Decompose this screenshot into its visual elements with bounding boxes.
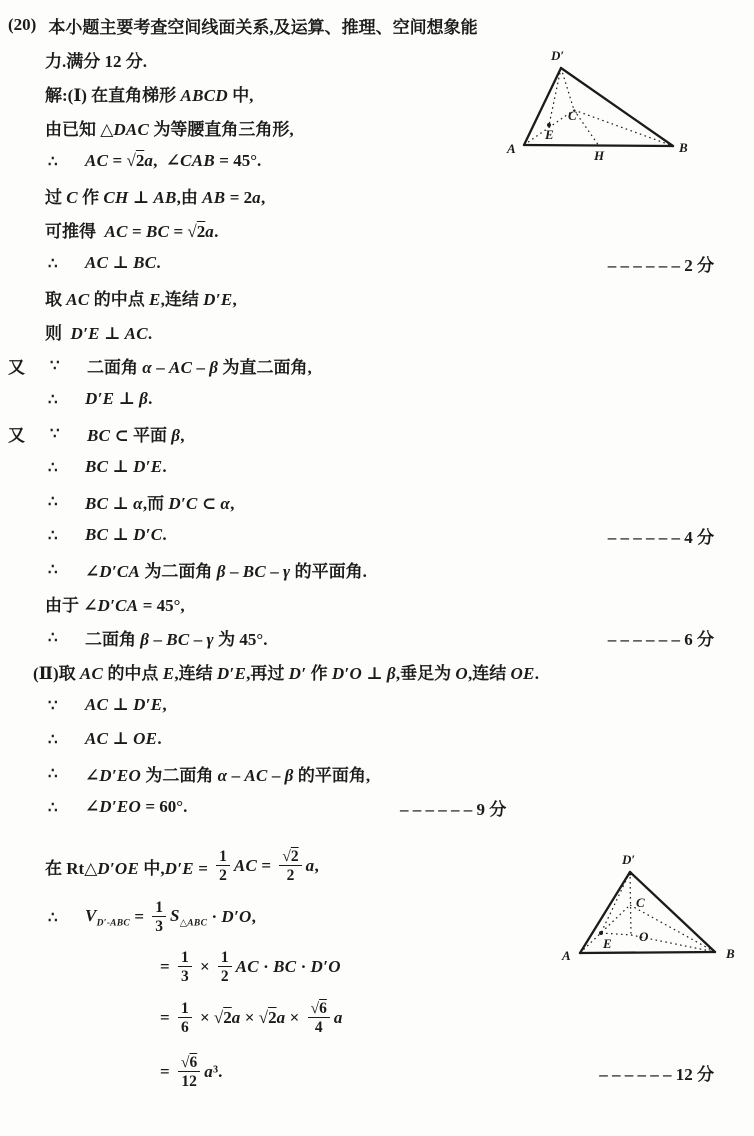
fraction-denominator: 3	[155, 917, 163, 935]
fraction: 13	[152, 899, 166, 935]
formula-text: ×	[196, 957, 214, 977]
solution-line: ∴BC ⊥ D′C.– – – – – – 4 分	[0, 518, 754, 552]
line-text: BC ⊥ D′C.	[85, 525, 167, 545]
vertex-label: D′	[621, 852, 635, 867]
score-marker: – – – – – – 6 分	[608, 625, 754, 650]
vertex-label: A	[506, 141, 516, 156]
problem-number: (20)	[8, 15, 36, 35]
line-text: BC ⊂ 平面 β,	[87, 421, 185, 446]
line-text: (Ⅱ)取 AC 的中点 E,连结 D′E,再过 D′ 作 D′O ⊥ β,垂足为…	[33, 659, 539, 684]
fraction: 12	[216, 848, 230, 884]
fraction-numerator: √6	[308, 1000, 330, 1018]
logic-symbol: ∴	[48, 764, 85, 783]
triangle-edge	[561, 68, 673, 146]
logic-symbol: ∴	[48, 560, 85, 579]
formula-text: =	[160, 1062, 174, 1082]
subscripted-term: S△ABC	[170, 906, 207, 928]
formula-text: a,	[306, 856, 319, 876]
fraction-denominator: 3	[181, 967, 189, 985]
fraction-numerator: 1	[218, 949, 232, 967]
construction-line	[574, 110, 673, 146]
formula-text: 在 Rt△D′OE 中,D′E =	[45, 854, 212, 879]
logic-symbol: ∵	[48, 696, 85, 715]
score-marker: – – – – – – 2 分	[608, 251, 754, 276]
vertex-label: B	[678, 140, 688, 155]
line-text: BC ⊥ D′E.	[85, 457, 167, 477]
term-subscript: D′-ABC	[97, 918, 130, 928]
vertex-label: C	[568, 108, 577, 123]
solution-page: (20)本小题主要考查空间线面关系,及运算、推理、空间想象能力.满分 12 分.…	[0, 0, 754, 1136]
solution-line: ∵AC ⊥ D′E,	[0, 688, 754, 722]
subscripted-term: VD′-ABC	[85, 906, 130, 928]
line-text: 可推得 AC = BC = √2a.	[45, 217, 218, 242]
fraction: √612	[178, 1054, 200, 1090]
logic-symbol: ∴	[48, 492, 85, 511]
solution-line: ∴∠D′EO = 60°.– – – – – – 9 分	[0, 790, 754, 824]
line-text: 取 AC 的中点 E,连结 D′E,	[45, 285, 237, 310]
line-text: D′E ⊥ β.	[85, 389, 152, 409]
triangle-edge	[580, 952, 715, 953]
formula-text: × √2a × √2a ×	[196, 1008, 304, 1028]
triangle-edge	[524, 68, 561, 145]
formula-text: AC · BC · D′O	[236, 957, 341, 977]
line-text: AC ⊥ BC.	[85, 253, 161, 273]
fraction-denominator: 6	[181, 1018, 189, 1036]
solution-line: ∴BC ⊥ α,而 D′C ⊂ α,	[0, 484, 754, 518]
line-text: AC ⊥ D′E,	[85, 695, 167, 715]
score-marker: – – – – – – 12 分	[599, 1060, 754, 1085]
fraction-denominator: 4	[315, 1018, 323, 1036]
formula-text: =	[160, 1008, 174, 1028]
formula-text: a	[334, 1008, 343, 1028]
solution-line: ∴∠D′EO 为二面角 α – AC – β 的平面角,	[0, 756, 754, 790]
score-marker: – – – – – – 9 分	[400, 795, 506, 820]
vertex-label: E	[544, 127, 554, 142]
figure-dihedral-top: D′ABCEH	[495, 36, 705, 168]
solution-line: = √612a³.– – – – – – 12 分	[0, 1044, 754, 1100]
logic-symbol: ∴	[48, 798, 85, 817]
line-text: 二面角 α – AC – β 为直二面角,	[87, 353, 312, 378]
line-text: 解:(Ⅰ) 在直角梯形 ABCD 中,	[45, 81, 253, 106]
solution-line: ∴D′E ⊥ β.	[0, 382, 754, 416]
solution-line: 过 C 作 CH ⊥ AB,由 AB = 2a,	[0, 178, 754, 212]
fraction-denominator: 2	[221, 967, 229, 985]
logic-symbol: ∴	[48, 458, 85, 477]
logic-symbol: ∴	[48, 254, 85, 273]
logic-symbol: ∴	[48, 390, 85, 409]
line-text: BC ⊥ α,而 D′C ⊂ α,	[85, 489, 234, 514]
formula-text: a³.	[204, 1062, 222, 1082]
logic-symbol: ∵	[50, 424, 87, 443]
line-text: 则 D′E ⊥ AC.	[45, 319, 152, 344]
formula-text: =	[160, 957, 174, 977]
fraction-numerator: 1	[178, 1000, 192, 1018]
logic-symbol: ∴	[48, 730, 85, 749]
solution-line: 又∵二面角 α – AC – β 为直二面角,	[0, 348, 754, 382]
line-text: 由于 ∠D′CA = 45°,	[45, 591, 185, 616]
fraction-numerator: 1	[216, 848, 230, 866]
construction-line	[574, 110, 599, 146]
figure-dihedral-bottom: D′ABCOE	[556, 844, 754, 976]
vertex-label: E	[602, 936, 612, 951]
fraction-denominator: 2	[287, 866, 295, 884]
again-marker: 又	[8, 353, 50, 378]
line-text: ∠D′CA 为二面角 β – BC – γ 的平面角.	[85, 557, 367, 582]
fraction: 16	[178, 1000, 192, 1036]
formula-text: =	[130, 907, 148, 927]
logic-symbol: ∴	[48, 152, 85, 171]
vertex-label: D′	[550, 48, 564, 63]
vertex-label: A	[561, 948, 571, 963]
line-text: ∠D′EO = 60°.	[85, 797, 187, 817]
vertex-label: B	[725, 946, 735, 961]
fraction-denominator: 12	[181, 1072, 197, 1090]
solution-line: (Ⅱ)取 AC 的中点 E,连结 D′E,再过 D′ 作 D′O ⊥ β,垂足为…	[0, 654, 754, 688]
fraction-numerator: √6	[178, 1054, 200, 1072]
line-text: 力.满分 12 分.	[45, 47, 147, 72]
line-text: 由已知 △DAC 为等腰直角三角形,	[45, 115, 294, 140]
solution-line: 又∵BC ⊂ 平面 β,	[0, 416, 754, 450]
solution-line: ∴AC ⊥ BC.– – – – – – 2 分	[0, 246, 754, 280]
solution-line: 取 AC 的中点 E,连结 D′E,	[0, 280, 754, 314]
fraction: √22	[279, 848, 301, 884]
construction-line	[601, 933, 632, 935]
fraction: 13	[178, 949, 192, 985]
solution-line: 由于 ∠D′CA = 45°,	[0, 586, 754, 620]
line-text: 本小题主要考查空间线面关系,及运算、推理、空间想象能	[48, 13, 477, 38]
term-base: S	[170, 906, 180, 925]
line-text: ∠D′EO 为二面角 α – AC – β 的平面角,	[85, 761, 370, 786]
fraction-numerator: √2	[279, 848, 301, 866]
point-dot	[629, 873, 632, 876]
formula-text: AC =	[234, 856, 275, 876]
line-text: AC = √2a, ∠CAB = 45°.	[85, 151, 261, 171]
construction-line	[601, 872, 630, 933]
fraction: √64	[308, 1000, 330, 1036]
vertex-label: H	[593, 148, 605, 163]
vertex-label: O	[639, 929, 649, 944]
construction-line	[630, 872, 631, 935]
construction-line	[549, 68, 561, 125]
vertex-label: C	[636, 895, 645, 910]
formula-text: · D′O,	[207, 907, 256, 927]
score-marker: – – – – – – 4 分	[608, 523, 754, 548]
triangle-edge	[524, 145, 673, 146]
line-text: 二面角 β – BC – γ 为 45°.	[85, 625, 267, 650]
fraction: 12	[218, 949, 232, 985]
solution-line: 可推得 AC = BC = √2a.	[0, 212, 754, 246]
logic-symbol: ∴	[48, 526, 85, 545]
logic-symbol: ∵	[50, 356, 87, 375]
solution-line: = 16 × √2a × √2a × √64a	[0, 992, 754, 1044]
solution-line: ∴BC ⊥ D′E.	[0, 450, 754, 484]
logic-symbol: ∴	[48, 908, 85, 927]
solution-line: 则 D′E ⊥ AC.	[0, 314, 754, 348]
term-base: V	[85, 906, 97, 925]
again-marker: 又	[8, 421, 50, 446]
solution-line: ∴AC ⊥ OE.	[0, 722, 754, 756]
solution-line: ∴二面角 β – BC – γ 为 45°.– – – – – – 6 分	[0, 620, 754, 654]
term-subscript: △ABC	[180, 918, 207, 928]
solution-line: ∴∠D′CA 为二面角 β – BC – γ 的平面角.	[0, 552, 754, 586]
fraction-denominator: 2	[219, 866, 227, 884]
line-text: 过 C 作 CH ⊥ AB,由 AB = 2a,	[45, 183, 265, 208]
logic-symbol: ∴	[48, 628, 85, 647]
fraction-numerator: 1	[178, 949, 192, 967]
line-text: AC ⊥ OE.	[85, 729, 162, 749]
fraction-numerator: 1	[152, 899, 166, 917]
point-dot	[599, 931, 603, 935]
